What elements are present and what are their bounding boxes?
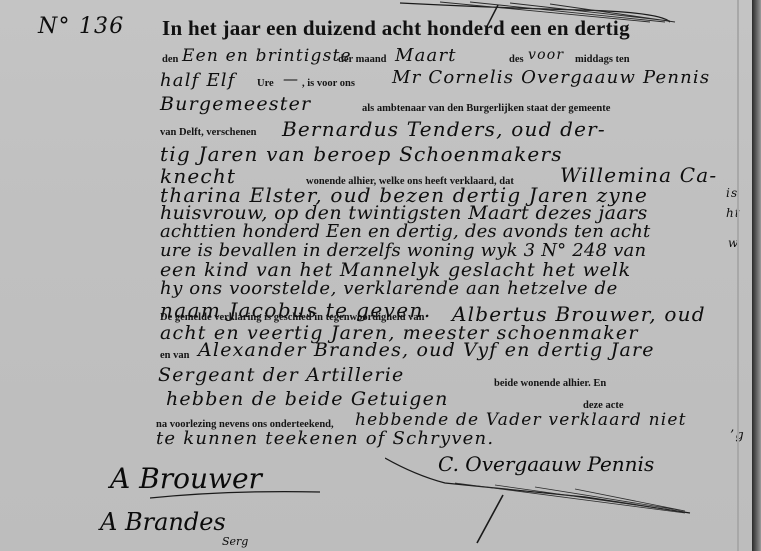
printed-title: In het jaar een duizend acht honderd een… (162, 16, 630, 41)
title-text: In het jaar een duizend acht honderd een… (162, 16, 630, 40)
printed-van-delft: van Delft, verschenen (160, 127, 257, 138)
printed-der-maand: der maand (338, 54, 387, 65)
printed-beide-wonende: beide wonende alhier. En (494, 378, 606, 389)
hand-line-10: ure is bevallen in derzelfs woning wyk 3… (160, 240, 646, 261)
hand-registrar-name: Mr Cornelis Overgaauw Pennis (392, 67, 710, 88)
hand-declarant-name: Bernardus Tenders, oud der- (282, 117, 606, 141)
entry-number: N° 136 (38, 14, 124, 39)
witness-1-underline (150, 488, 330, 508)
page-fold-line (737, 0, 739, 551)
hand-line-12: hy ons voorstelde, verklarende aan hetze… (160, 278, 618, 299)
printed-is-voor-ons: , is voor ons (302, 78, 355, 89)
hand-witness-2-occupation: Sergeant der Artillerie (158, 364, 404, 386)
registrar-signature-flourish (385, 455, 705, 545)
printed-den: den (162, 54, 178, 65)
printed-middags-ten: middags ten (575, 54, 630, 65)
printed-en-van: en van (160, 350, 189, 361)
printed-ure: Ure (257, 78, 274, 89)
hand-witness-2: Alexander Brandes, oud Vyf en dertig Jar… (198, 339, 655, 361)
hand-month: Maart (395, 45, 457, 66)
hand-unable-to-sign: te kunnen teekenen of Schryven. (156, 428, 494, 449)
binding-edge (752, 0, 761, 551)
hand-burgemeester: Burgemeester (160, 93, 311, 115)
signature-witness-2: A Brandes (100, 508, 226, 536)
hand-dash: — (283, 70, 299, 88)
hand-voor: voor (528, 47, 564, 63)
hand-day: Een en brintigste (182, 46, 352, 66)
signature-witness-2-rank: Serg (222, 535, 248, 548)
printed-des: des (509, 54, 524, 65)
hand-hour: half Elf (160, 70, 236, 91)
hand-witnesses-sign: hebben de beide Getuigen (166, 388, 449, 410)
scanned-register-page: N° 136 In het jaar een duizend acht hond… (0, 0, 752, 551)
hand-line-9: achttien honderd Een en dertig, des avon… (160, 221, 650, 242)
printed-ambtenaar: als ambtenaar van den Burgerlijken staat… (362, 103, 610, 114)
hand-declarant-age-occupation: tig Jaren van beroep Schoenmakers (160, 142, 563, 166)
hand-father-declared: hebbende de Vader verklaard niet (355, 410, 687, 430)
